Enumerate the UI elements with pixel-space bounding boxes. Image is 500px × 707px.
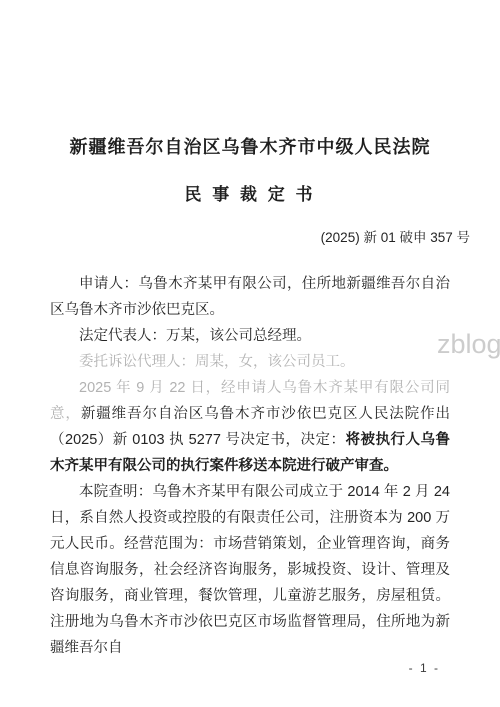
watermark: zblog xyxy=(437,331,500,358)
paragraph: 委托诉讼代理人：周某，女，该公司员工。 xyxy=(50,349,450,375)
document-page: 新疆维吾尔自治区乌鲁木齐市中级人民法院 民 事 裁 定 书 (2025) 新 0… xyxy=(0,0,500,707)
paragraph: 本院查明：乌鲁木齐某甲有限公司成立于 2014 年 2 月 24 日，系自然人投… xyxy=(50,479,450,661)
text-segment: 法定代表人：万某，该公司总经理。 xyxy=(79,328,311,344)
document-type-title: 民 事 裁 定 书 xyxy=(0,180,500,205)
text-segment: 申请人：乌鲁木齐某甲有限公司，住所地新疆维吾尔自治区乌鲁木齐市沙依巴克区。 xyxy=(50,276,450,318)
case-number: (2025) 新 01 破申 357 号 xyxy=(0,226,500,246)
page-number: - 1 - xyxy=(409,661,440,675)
text-segment: 委托诉讼代理人：周某，女，该公司员工。 xyxy=(79,354,355,370)
paragraph: 2025 年 9 月 22 日，经申请人乌鲁木齐某甲有限公司同意，新疆维吾尔自治… xyxy=(50,375,450,479)
paragraph: 申请人：乌鲁木齐某甲有限公司，住所地新疆维吾尔自治区乌鲁木齐市沙依巴克区。 xyxy=(50,271,450,323)
document-body: 申请人：乌鲁木齐某甲有限公司，住所地新疆维吾尔自治区乌鲁木齐市沙依巴克区。法定代… xyxy=(50,271,450,661)
court-name-title: 新疆维吾尔自治区乌鲁木齐市中级人民法院 xyxy=(0,133,500,159)
text-segment: 本院查明：乌鲁木齐某甲有限公司成立于 2014 年 2 月 24 日，系自然人投… xyxy=(50,484,450,656)
paragraph: 法定代表人：万某，该公司总经理。 xyxy=(50,323,450,349)
